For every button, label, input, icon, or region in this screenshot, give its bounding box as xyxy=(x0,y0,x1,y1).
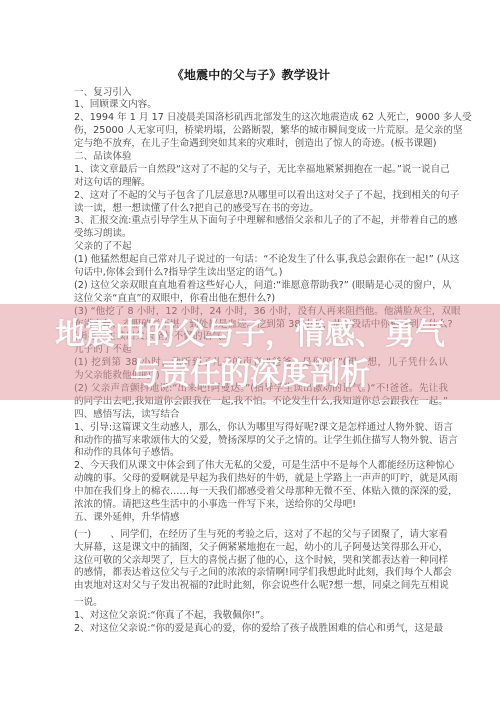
doc-line: 2、1994 年 1 月 17 日凌晨美国洛杉矶西北部发生的这次地震造成 62 … xyxy=(74,112,448,125)
title-overlay-banner: 地震中的父与子，情感、勇气 与责任的深度剖析 xyxy=(0,304,500,400)
doc-line: 1、引导:这篇课文生动感人，那么，你认为哪里写得好呢?课文是怎样通过人物外貌、语… xyxy=(74,422,448,435)
document-page: 《地震中的父与子》教学设计 一、复习引入 1、回顾课文内容。 2、1994 年 … xyxy=(0,0,500,707)
doc-line: 定与绝不放弃，在儿子生命遇到突如其来的灾难时，创造出了惊人的奇迹。(板书课题) xyxy=(74,138,448,151)
doc-line: 句话中,你体会到什么?指导学生读出坚定的语气。) xyxy=(74,267,448,280)
banner-title-line-2: 与责任的深度剖析 xyxy=(0,355,500,395)
doc-line: (2) 这位父亲双眼直直地看着这些好心人，问道:“谁愿意帮助我?” (眼睛是心灵… xyxy=(74,280,448,293)
doc-line: 1、对这位父亲说:“你真了不起，我敬佩你!”。 xyxy=(74,610,448,623)
doc-line: 2、今天我们从课文中体会到了伟大无私的父爱，可是生活中不是每个人都能经历这种惊心 xyxy=(74,460,448,473)
doc-line: 一说。 xyxy=(74,597,448,610)
doc-line: 的感情，都表达着这位父与子之间的浓浓的亲情啊!同学们我想此时此刻，我们每个人都会 xyxy=(74,567,448,580)
doc-line: 1、回顾课文内容。 xyxy=(74,99,448,112)
doc-line: 受练习朗读。 xyxy=(74,228,448,241)
doc-line: 由衷地对这对父与子发出祝福的?此时此刻，你会说些什么呢?想一想，同桌之间先互相说 xyxy=(74,580,448,593)
document-title: 《地震中的父与子》教学设计 xyxy=(0,67,500,83)
banner-title-line-1: 地震中的父与子，情感、勇气 xyxy=(0,315,500,355)
section-heading-extension: 五、课外延伸，升华情感 xyxy=(74,512,448,525)
doc-line: 2、这对了不起的父与子包含了几层意思?从哪里可以看出这对父子了不起，找到相关的句… xyxy=(74,190,448,203)
doc-line: 浓浓的情。请把这些生活中的小事选一件写下来，送给你的父母吧! xyxy=(74,499,448,512)
doc-line: (一) 、同学们，在经历了生与死的考验之后，这对了不起的父与子团聚了，请大家看 xyxy=(74,529,448,542)
doc-line: (1) 他猛然想起自己常对儿子说过的一句话：“不论发生了什么事,我总会跟你在一起… xyxy=(74,254,448,267)
doc-line: 大屏幕，这是课文中的插图，父子俩紧紧地抱在一起，幼小的儿子阿曼达笑得那么开心， xyxy=(74,542,448,555)
doc-line: 动魄的事。父母的爱啊就是早起为我们热好的牛奶，就是上学路上一声声的叮咛，就是风雨 xyxy=(74,473,448,486)
doc-line: 对这句话的理解。 xyxy=(74,177,448,190)
doc-line: 1、读文章最后一自然段“这对了不起的父与子，无比幸福地紧紧拥抱在一起。”说一说自… xyxy=(74,164,448,177)
section-heading-review: 一、复习引入 xyxy=(74,87,448,100)
doc-line: 和动作的具体句子感悟。 xyxy=(74,447,448,460)
subheading-father: 父亲的了不起 xyxy=(74,241,448,254)
doc-line: 读一读，想一想读懂了什么?把自己的感受写在书的旁边。 xyxy=(74,203,448,216)
doc-line: 中加在我们身上的棉衣……每一天我们都感受着父母那种无微不至、体贴入微的深深的爱， xyxy=(74,486,448,499)
doc-line: 2、对这位父亲说:“你的爱是真心的爱，你的爱给了孩子战胜困难的信心和勇气，这是最 xyxy=(74,623,448,636)
section-heading-writing: 四、感悟写法，读写结合 xyxy=(74,409,448,422)
doc-line: 这位可敬的父亲却哭了，巨大的喜悦占据了他的心，这个时候，哭和笑都表达着一种同样 xyxy=(74,555,448,568)
section-heading-reading: 二、品读体验 xyxy=(74,151,448,164)
doc-line: 伤，25000 人无家可归，桥梁坍塌，公路断裂，繁华的城市瞬间变成一片荒原。是父… xyxy=(74,125,448,138)
doc-line: 和动作的描写来歌颂伟大的父爱，赞扬深厚的父子之情的。让学生抓住描写人物外貌、语言 xyxy=(74,435,448,448)
doc-line: 3、汇报交流:重点引导学生从下面句子中理解和感悟父亲和儿子的了不起，并带着自己的… xyxy=(74,215,448,228)
